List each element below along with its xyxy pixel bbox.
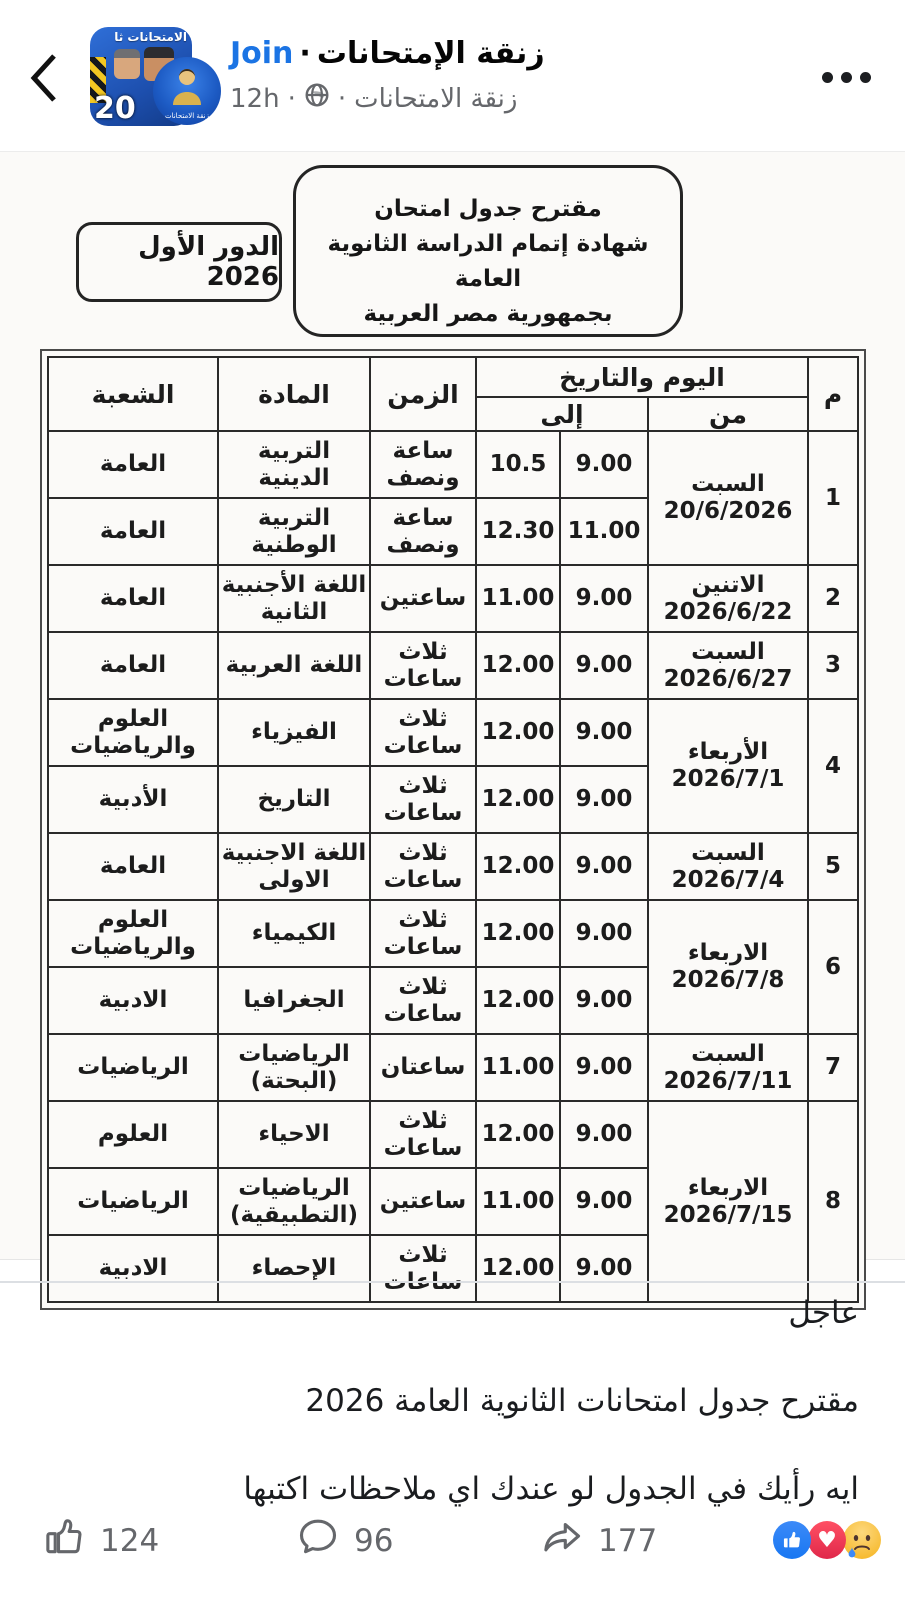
serial-cell: 7 [808,1034,858,1101]
serial-cell: 3 [808,632,858,699]
post-subtitle-line: زنقة الامتحانات · · 12h [230,82,517,115]
timestamp: 12h [230,84,280,114]
badge-text: زنقة الامتحانات [153,112,221,120]
branch-cell: العلوم والرياضيات [48,699,218,766]
date-value: 20/6/2026 [651,498,805,525]
branch-cell: العامة [48,431,218,498]
schedule-table: م اليوم والتاريخ الزمن المادة الشعبة من … [47,356,859,1303]
end-time-cell: 10.5 [476,431,560,498]
comment-count-button[interactable]: 96 [296,1515,393,1567]
avatar-cover-number: 20 [94,91,136,126]
col-header-duration: الزمن [370,357,476,431]
date-value: 2026/6/22 [651,599,805,626]
join-button[interactable]: Join [230,36,293,71]
exam-round-box: الدور الأول 2026 [76,222,282,302]
start-time-cell: 9.00 [560,699,648,766]
start-time-cell: 11.00 [560,498,648,565]
post-title-line: زنقة الإمتحانات·Join [230,34,545,74]
duration-cell: ثلاث ساعات [370,1101,476,1168]
end-time-cell: 11.00 [476,1034,560,1101]
serial-cell: 8 [808,1101,858,1302]
day-date-cell: الاربعاء 2026/7/8 [648,900,808,1034]
duration-cell: ثلاث ساعات [370,1235,476,1302]
branch-cell: العامة [48,833,218,900]
date-value: 2026/7/1 [651,766,805,793]
like-count: 124 [100,1523,159,1559]
branch-cell: الرياضيات [48,1168,218,1235]
start-time-cell: 9.00 [560,900,648,967]
schedule-title-line: مقترح جدول امتحان [296,192,680,227]
day-name: الاربعاء [651,940,805,967]
duration-cell: ساعة ونصف [370,498,476,565]
col-header-branch: الشعبة [48,357,218,431]
ellipsis-icon [822,72,833,83]
serial-cell: 5 [808,833,858,900]
ellipsis-icon [860,72,871,83]
col-header-to: إلى [476,397,648,431]
end-time-cell: 12.00 [476,699,560,766]
start-time-cell: 9.00 [560,1101,648,1168]
page-name[interactable]: زنقة الإمتحانات [317,36,545,71]
divider [0,1281,905,1283]
comment-count: 96 [354,1523,393,1559]
day-date-cell: الأربعاء 2026/7/1 [648,699,808,833]
schedule-title-line: شهادة إتمام الدراسة الثانوية العامة [296,227,680,297]
end-time-cell: 12.00 [476,967,560,1034]
like-count-button[interactable]: 124 [42,1515,159,1567]
serial-cell: 4 [808,699,858,833]
branch-cell: الادبية [48,967,218,1034]
end-time-cell: 12.00 [476,900,560,967]
thumb-up-icon [42,1515,86,1567]
branch-cell: العامة [48,498,218,565]
back-button[interactable] [24,50,66,106]
comment-bubble-icon [296,1515,340,1567]
start-time-cell: 9.00 [560,632,648,699]
day-date-cell: السبت 2026/7/4 [648,833,808,900]
day-name: الاتنين [651,572,805,599]
branch-cell: العلوم [48,1101,218,1168]
serial-cell: 6 [808,900,858,1034]
profile-badge-avatar[interactable]: زنقة الامتحانات [153,57,221,125]
start-time-cell: 9.00 [560,967,648,1034]
subject-cell: اللغة العربية [218,632,370,699]
reaction-badges[interactable]: ♥ [776,1521,881,1559]
start-time-cell: 9.00 [560,833,648,900]
post-text-line: مقترح جدول امتحانات الثانوية العامة 2026 [305,1380,859,1422]
day-name: السبت [651,840,805,867]
day-date-cell: الاربعاء 2026/7/15 [648,1101,808,1302]
duration-cell: ثلاث ساعات [370,967,476,1034]
like-reaction-icon [773,1521,811,1559]
love-reaction-icon: ♥ [808,1521,846,1559]
start-time-cell: 9.00 [560,1168,648,1235]
subject-cell: الاحياء [218,1101,370,1168]
subject-cell: التربية الدينية [218,431,370,498]
share-count-button[interactable]: 177 [540,1515,657,1567]
date-value: 2026/7/4 [651,867,805,894]
subject-cell: الرياضيات (البحتة) [218,1034,370,1101]
duration-cell: ساعة ونصف [370,431,476,498]
avatar-face-decor [114,49,140,79]
post-header: الامتحانات ثا 20 زنقة الامتحانات زنقة ال… [0,0,905,150]
day-name: الأربعاء [651,739,805,766]
subject-cell: الإحصاء [218,1235,370,1302]
col-header-serial: م [808,357,858,431]
post-text-line: عاجل [788,1292,859,1334]
branch-cell: العلوم والرياضيات [48,900,218,967]
serial-cell: 2 [808,565,858,632]
subject-cell: الجغرافيا [218,967,370,1034]
start-time-cell: 9.00 [560,766,648,833]
subject-cell: التاريخ [218,766,370,833]
post-footer: 124 96 177 ♥ [0,1515,905,1579]
day-date-cell: السبت 2026/6/27 [648,632,808,699]
day-date-cell: السبت 20/6/2026 [648,431,808,565]
duration-cell: ساعتان [370,1034,476,1101]
globe-icon [304,82,330,115]
end-time-cell: 12.00 [476,1101,560,1168]
start-time-cell: 9.00 [560,1235,648,1302]
subject-cell: اللغة الأجنبية الثانية [218,565,370,632]
day-date-cell: الاتنين 2026/6/22 [648,565,808,632]
post-text-line: ايه رأيك في الجدول لو عندك اي ملاحظات اك… [243,1468,859,1510]
col-header-day-date: اليوم والتاريخ [476,357,808,397]
end-time-cell: 11.00 [476,565,560,632]
subject-cell: اللغة الاجنبية الاولى [218,833,370,900]
end-time-cell: 12.00 [476,833,560,900]
day-name: السبت [651,471,805,498]
duration-cell: ثلاث ساعات [370,699,476,766]
group-name[interactable]: زنقة الامتحانات [354,84,517,114]
end-time-cell: 12.00 [476,1235,560,1302]
share-arrow-icon [540,1515,584,1567]
duration-cell: ثلاث ساعات [370,833,476,900]
schedule-title-line: بجمهورية مصر العربية [296,297,680,332]
duration-cell: ساعتين [370,565,476,632]
duration-cell: ثلاث ساعات [370,900,476,967]
branch-cell: الأدبية [48,766,218,833]
serial-cell: 1 [808,431,858,565]
end-time-cell: 12.00 [476,766,560,833]
dot-separator: · [288,84,296,114]
duration-cell: ساعتين [370,1168,476,1235]
branch-cell: الادبية [48,1235,218,1302]
branch-cell: الرياضيات [48,1034,218,1101]
date-value: 2026/7/15 [651,1202,805,1229]
dot-separator: · [338,84,346,114]
end-time-cell: 11.00 [476,1168,560,1235]
facebook-post-screen: { "header": { "title": "زنقة الإمتحانات"… [0,0,905,1600]
date-value: 2026/7/11 [651,1068,805,1095]
subject-cell: الفيزياء [218,699,370,766]
share-count: 177 [598,1523,657,1559]
branch-cell: العامة [48,632,218,699]
day-date-cell: السبت 2026/7/11 [648,1034,808,1101]
subject-cell: التربية الوطنية [218,498,370,565]
post-image-exam-schedule[interactable]: مقترح جدول امتحان شهادة إتمام الدراسة ال… [0,151,905,1260]
chevron-left-icon [24,91,66,110]
end-time-cell: 12.30 [476,498,560,565]
day-name: الاربعاء [651,1175,805,1202]
start-time-cell: 9.00 [560,565,648,632]
subject-cell: الرياضيات (التطبيقية) [218,1168,370,1235]
avatar-cover-text: الامتحانات ثا [114,30,187,44]
start-time-cell: 9.00 [560,1034,648,1101]
end-time-cell: 12.00 [476,632,560,699]
schedule-title-box: مقترح جدول امتحان شهادة إتمام الدراسة ال… [293,165,683,337]
duration-cell: ثلاث ساعات [370,766,476,833]
ellipsis-icon [841,72,852,83]
col-header-from: من [648,397,808,431]
branch-cell: العامة [48,565,218,632]
date-value: 2026/6/27 [651,666,805,693]
schedule-table-frame: م اليوم والتاريخ الزمن المادة الشعبة من … [40,349,866,1310]
duration-cell: ثلاث ساعات [370,632,476,699]
sad-reaction-icon [843,1521,881,1559]
day-name: السبت [651,639,805,666]
subject-cell: الكيمياء [218,900,370,967]
start-time-cell: 9.00 [560,431,648,498]
dot-separator: · [299,36,310,71]
day-name: السبت [651,1041,805,1068]
post-menu-button[interactable] [818,68,875,87]
date-value: 2026/7/8 [651,967,805,994]
col-header-subject: المادة [218,357,370,431]
